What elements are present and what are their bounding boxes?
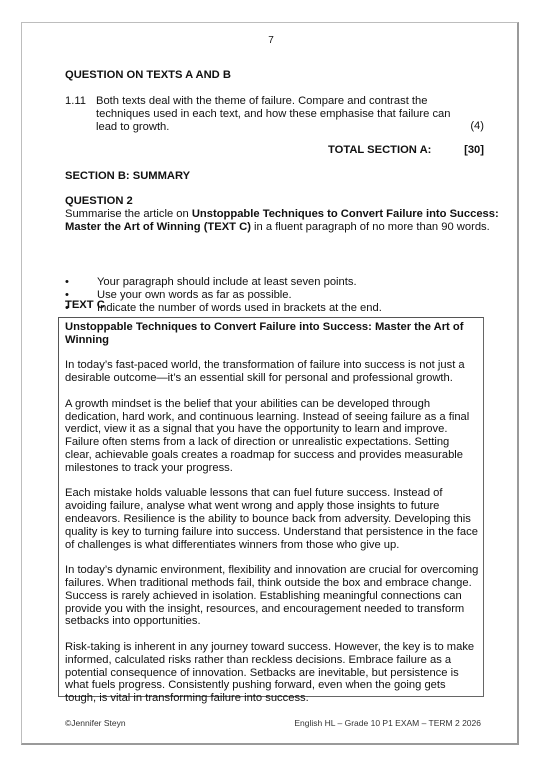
bullet-item: •Indicate the number of words used in br…	[65, 302, 505, 315]
article-paragraph: In today’s fast-paced world, the transfo…	[65, 359, 479, 385]
question-text: Both texts deal with the theme of failur…	[96, 95, 456, 133]
article-paragraph: Risk-taking is inherent in any journey t…	[65, 641, 479, 705]
bullet-text: Indicate the number of words used in bra…	[97, 302, 382, 315]
bullet-item: •Use your own words as far as possible.	[65, 289, 505, 302]
footer-copyright: ©Jennifer Steyn	[65, 718, 126, 728]
instruction-prefix: Summarise the article on	[65, 208, 192, 220]
bullet-text: Your paragraph should include at least s…	[97, 276, 357, 289]
footer-exam-info: English HL – Grade 10 P1 EXAM – TERM 2 2…	[292, 718, 481, 728]
instruction-bullets: •Your paragraph should include at least …	[65, 276, 505, 314]
article-paragraph: A growth mindset is the belief that your…	[65, 398, 479, 475]
question-heading: QUESTION ON TEXTS A AND B	[65, 69, 231, 81]
article-title: Unstoppable Techniques to Convert Failur…	[65, 321, 479, 347]
instruction-suffix: in a fluent paragraph of no more than 90…	[251, 221, 490, 233]
exam-page: 7 QUESTION ON TEXTS A AND B 1.11 Both te…	[21, 22, 519, 745]
question-2-instruction: Summarise the article on Unstoppable Tec…	[65, 208, 505, 234]
question-marks: (4)	[454, 120, 484, 133]
total-section-value: [30]	[454, 144, 484, 156]
page-number: 7	[22, 35, 520, 46]
question-number: 1.11	[65, 95, 86, 108]
bullet-icon: •	[65, 276, 97, 289]
total-section-label: TOTAL SECTION A:	[328, 144, 431, 156]
text-c-label: TEXT C	[65, 299, 105, 311]
text-c-box: Unstoppable Techniques to Convert Failur…	[58, 317, 484, 697]
bullet-item: •Your paragraph should include at least …	[65, 276, 505, 289]
question-2-heading: QUESTION 2	[65, 195, 133, 207]
section-b-heading: SECTION B: SUMMARY	[65, 170, 190, 182]
article-paragraph: Each mistake holds valuable lessons that…	[65, 487, 479, 551]
bullet-text: Use your own words as far as possible.	[97, 289, 292, 302]
article-paragraph: In today’s dynamic environment, flexibil…	[65, 564, 479, 628]
